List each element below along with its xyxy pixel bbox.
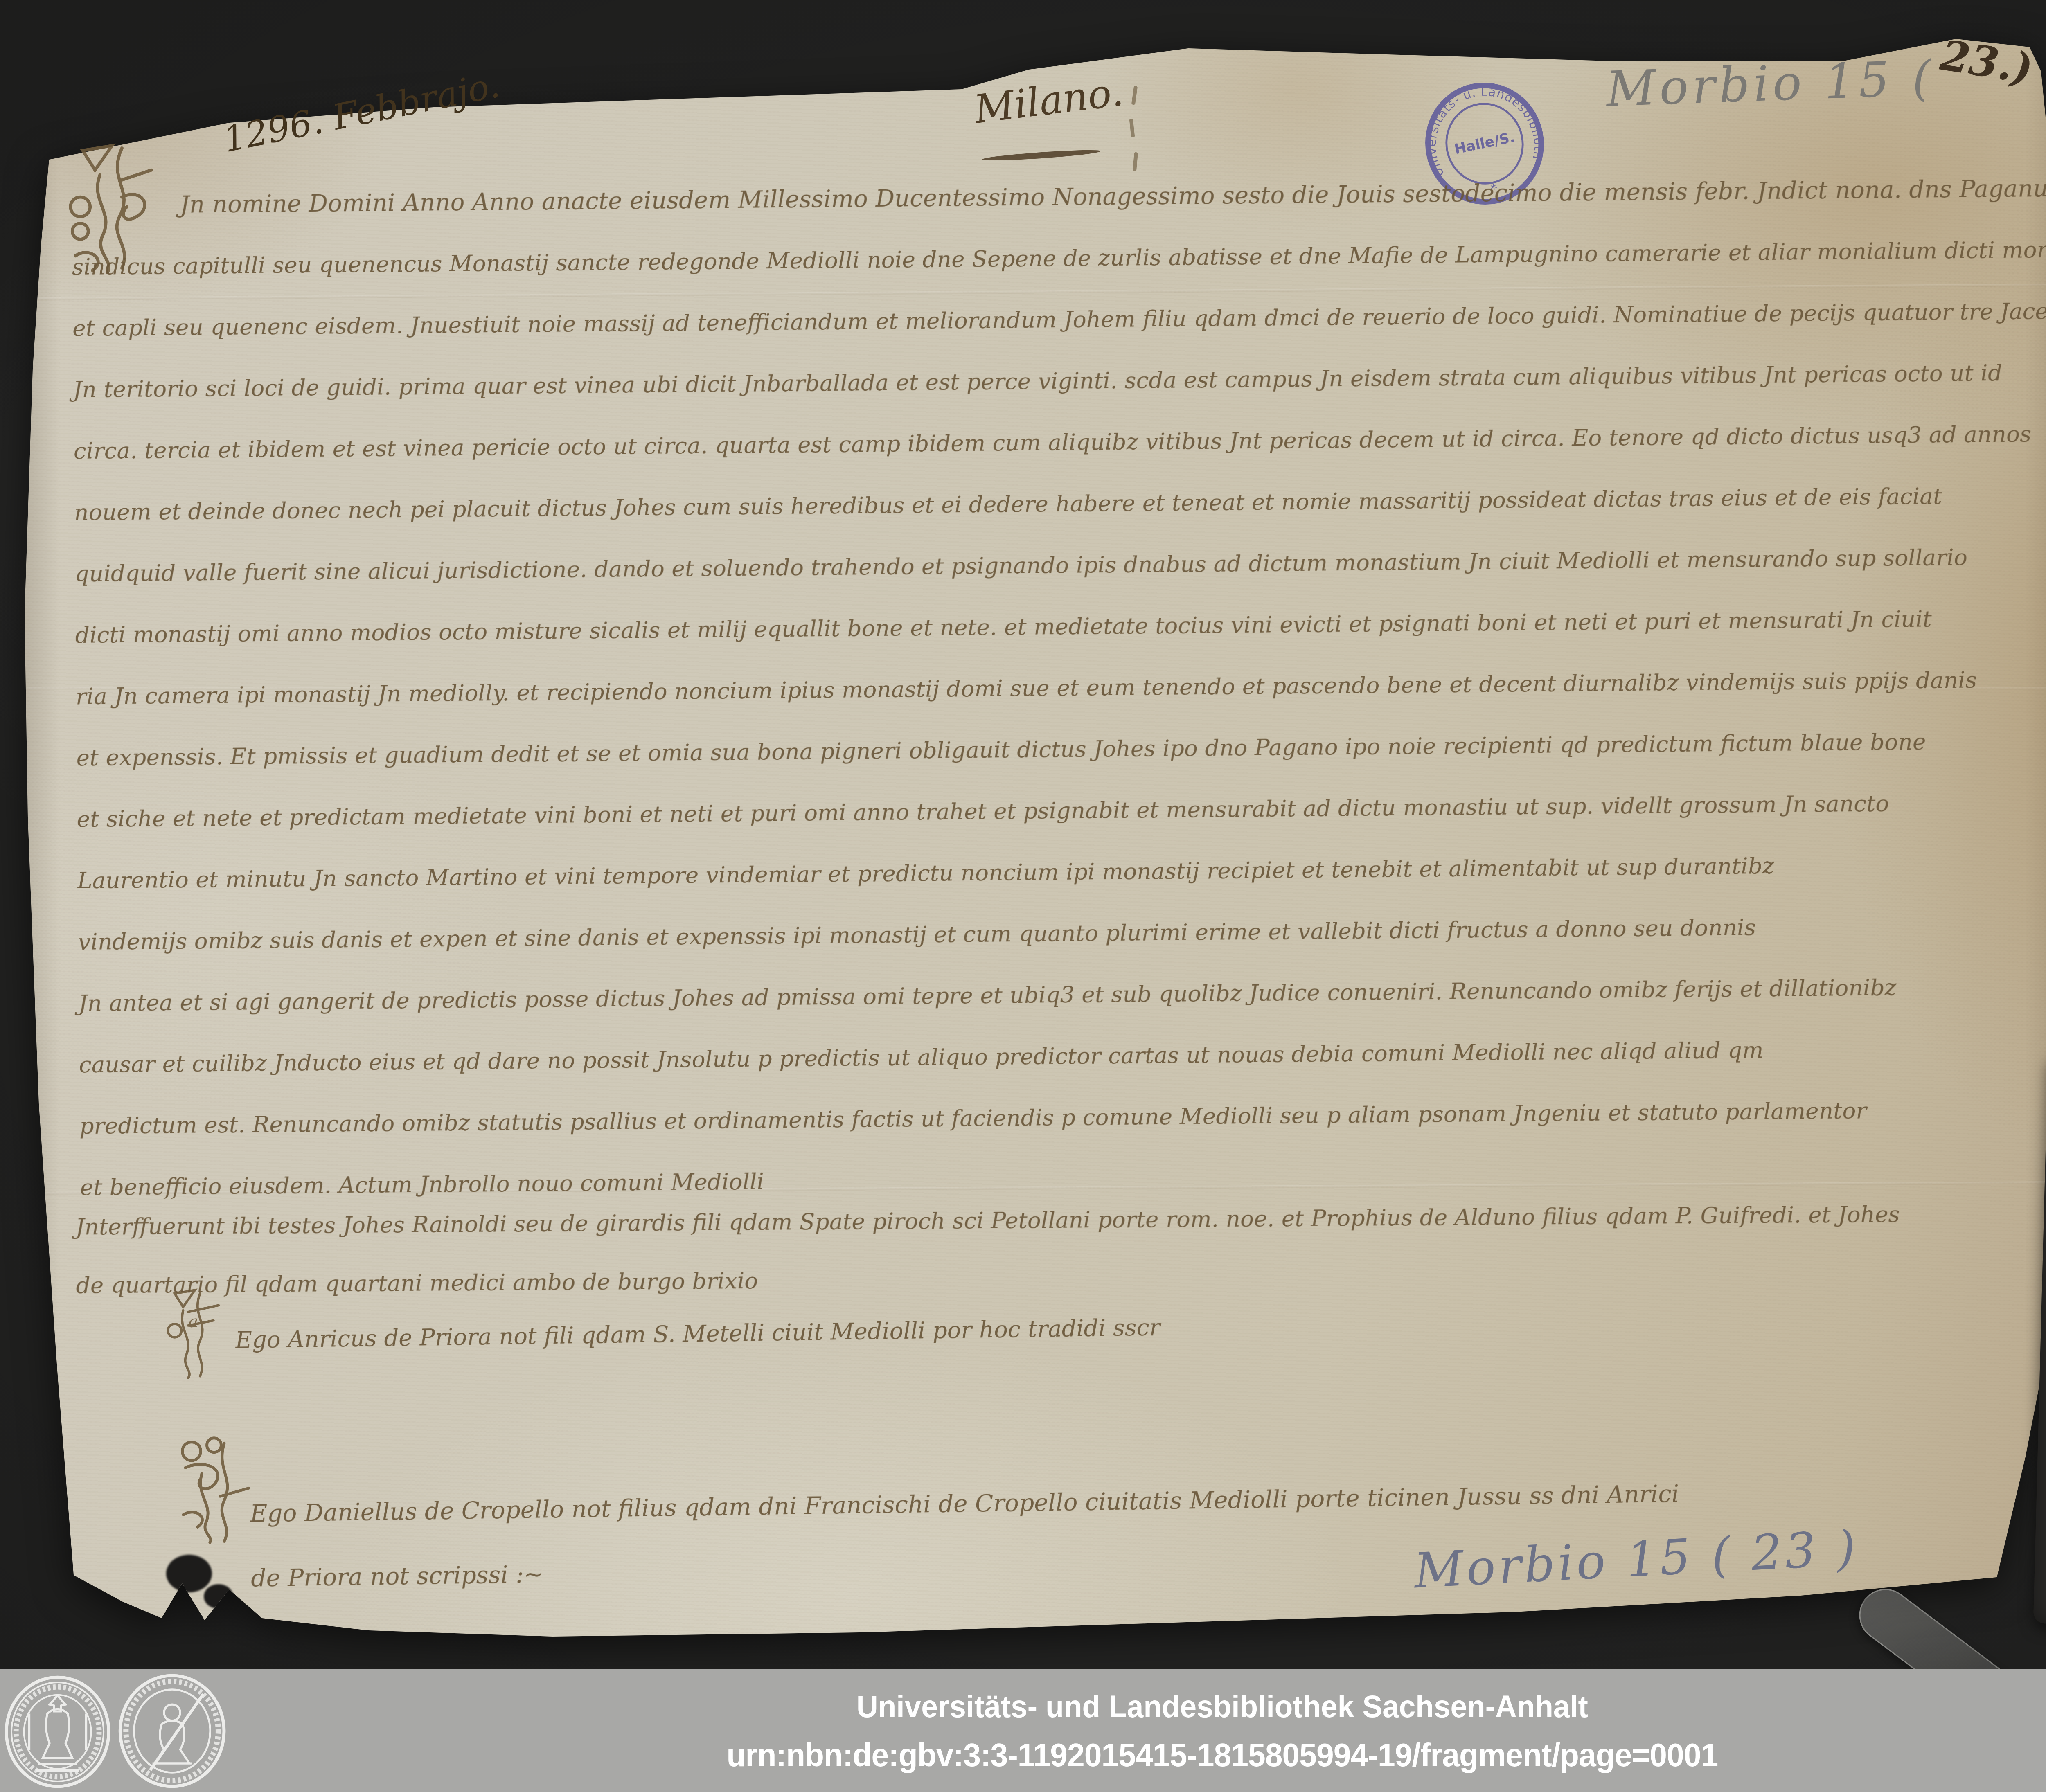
charter-body-text: Jn nomine Domini Anno Anno anacte eiusde… [71, 157, 2046, 1218]
scan-stage: 1296. Febbrajo. Milano. Morbio 15 ( 23.)… [0, 0, 2046, 1792]
urn-identifier: urn:nbn:de:gbv:3:3-1192015415-1815805994… [49, 1736, 2046, 1774]
notary-closing-block: Ego Daniellus de Cropello not filius qda… [250, 1461, 1681, 1611]
parchment-hole [166, 1555, 212, 1592]
footer-text-block: Universitäts- und Landesbibliothek Sachs… [49, 1669, 2046, 1792]
library-title: Universitäts- und Landesbibliothek Sachs… [49, 1689, 2046, 1724]
svg-text:a: a [188, 1312, 198, 1331]
stitch-repair [1129, 119, 1135, 138]
parchment-hole [204, 1584, 233, 1609]
stitch-repair [1131, 86, 1138, 105]
notary-sign-daniellus [175, 1426, 257, 1549]
stamp-center-text: Halle/S. [1453, 129, 1516, 158]
footer-bar: Universitäts- und Landesbibliothek Sachs… [0, 1669, 2046, 1792]
shelfmark-note-top: Morbio 15 ( [1605, 50, 1936, 117]
witness-clause: Jnterffuerunt ibi testes Johes Rainoldi … [75, 1185, 1900, 1315]
